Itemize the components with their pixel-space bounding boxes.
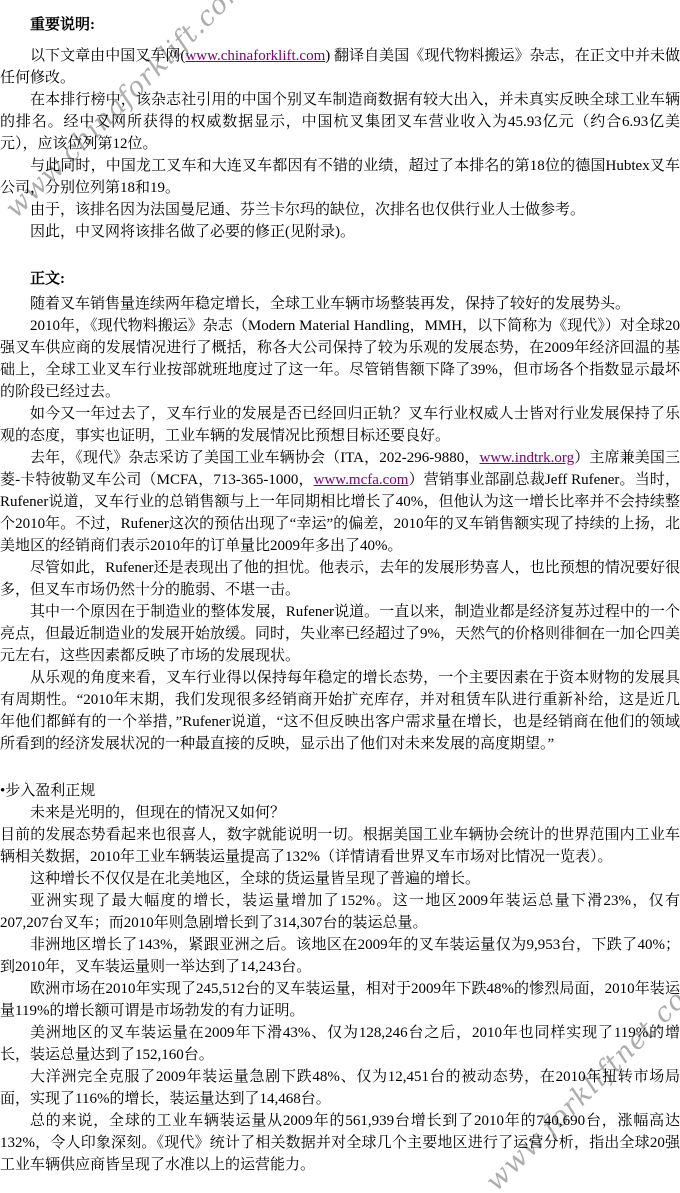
para-mmh-overview: 2010年，《现代物料搬运》杂志（Modern Material Handlin… (0, 315, 680, 403)
important-notes-heading: 重要说明: (0, 14, 680, 36)
para-rufener-text-1: 去年，《现代》杂志采访了美国工业车辆协会（ITA，202-296-9880， (30, 450, 480, 466)
para-longgong-dalian: 与此同时，中国龙工叉车和大连叉车都因有不错的业绩，超过了本排名的第18位的德国H… (0, 155, 680, 199)
para-correction-note: 因此，中叉网将该排名做了必要的修正(见附录)。 (0, 221, 680, 243)
main-text-heading: 正文: (0, 268, 680, 290)
para-rufener-interview: 去年，《现代》杂志采访了美国工业车辆协会（ITA，202-296-9880，ww… (0, 447, 680, 557)
para-manufacturing-factors: 其中一个原因在于制造业的整体发展，Rufener说道。一直以来，制造业都是经济复… (0, 601, 680, 667)
section-title-profitability: •步入盈利正规 (0, 780, 680, 802)
para-growth-everywhere: 这种增长不仅仅是在北美地区，全球的货运量皆呈现了普遍的增长。 (0, 868, 680, 890)
para-summary: 总的来说，全球的工业车辆装运量从2009年的561,939台增长到了2010年的… (0, 1110, 680, 1176)
indtrk-link[interactable]: www.indtrk.org (480, 450, 575, 466)
para-translation-source: 以下文章由中国叉车网(www.chinaforklift.com) 翻译自美国《… (0, 45, 680, 89)
para-global-stats: 目前的发展态势看起来也很喜人，数字就能说明一切。根据美国工业车辆协会统计的世界范… (0, 824, 680, 868)
para-translation-source-text-before: 以下文章由中国叉车网( (30, 48, 185, 64)
para-americas: 美洲地区的叉车装运量在2009年下滑43%、仅为128,246台之后，2010年… (0, 1022, 680, 1066)
mcfa-link[interactable]: www.mcfa.com (314, 472, 409, 488)
para-market-momentum: 随着叉车销售量连续两年稳定增长，全球工业车辆市场整装再发，保持了较好的发展势头。 (0, 293, 680, 315)
para-optimistic-view: 从乐观的角度来看，叉车行业得以保持每年稳定的增长态势，一个主要因素在于资本财物的… (0, 667, 680, 755)
article: 重要说明: 以下文章由中国叉车网(www.chinaforklift.com) … (0, 14, 680, 1176)
para-future-question: 未来是光明的，但现在的情况又如何？ (0, 802, 680, 824)
para-asia: 亚洲实现了最大幅度的增长，装运量增加了152%。这一地区2009年装运总量下滑2… (0, 890, 680, 934)
para-oceania: 大洋洲完全克服了2009年装运量急剧下跌48%、仅为12,451台的被动态势，在… (0, 1066, 680, 1110)
para-europe: 欧洲市场在2010年实现了245,512台的叉车装运量，相对于2009年下跌48… (0, 978, 680, 1022)
para-missing-companies: 由于，该排名因为法国曼尼通、芬兰卡尔玛的缺位，次排名也仅供行业人士做参考。 (0, 199, 680, 221)
chinaforklift-link[interactable]: www.chinaforklift.com (185, 48, 325, 64)
para-africa: 非洲地区增长了143%，紧跟亚洲之后。该地区在2009年的叉车装运量仅为9,95… (0, 934, 680, 978)
para-ranking-discrepancy: 在本排行榜中，该杂志社引用的中国个别叉车制造商数据有较大出入，并未真实反映全球工… (0, 89, 680, 155)
para-rufener-concern: 尽管如此，Rufener还是表现出了他的担忧。他表示，去年的发展形势喜人，也比预… (0, 557, 680, 601)
para-industry-outlook: 如今又一年过去了，叉车行业的发展是否已经回归正轨？叉车行业权威人士皆对行业发展保… (0, 403, 680, 447)
